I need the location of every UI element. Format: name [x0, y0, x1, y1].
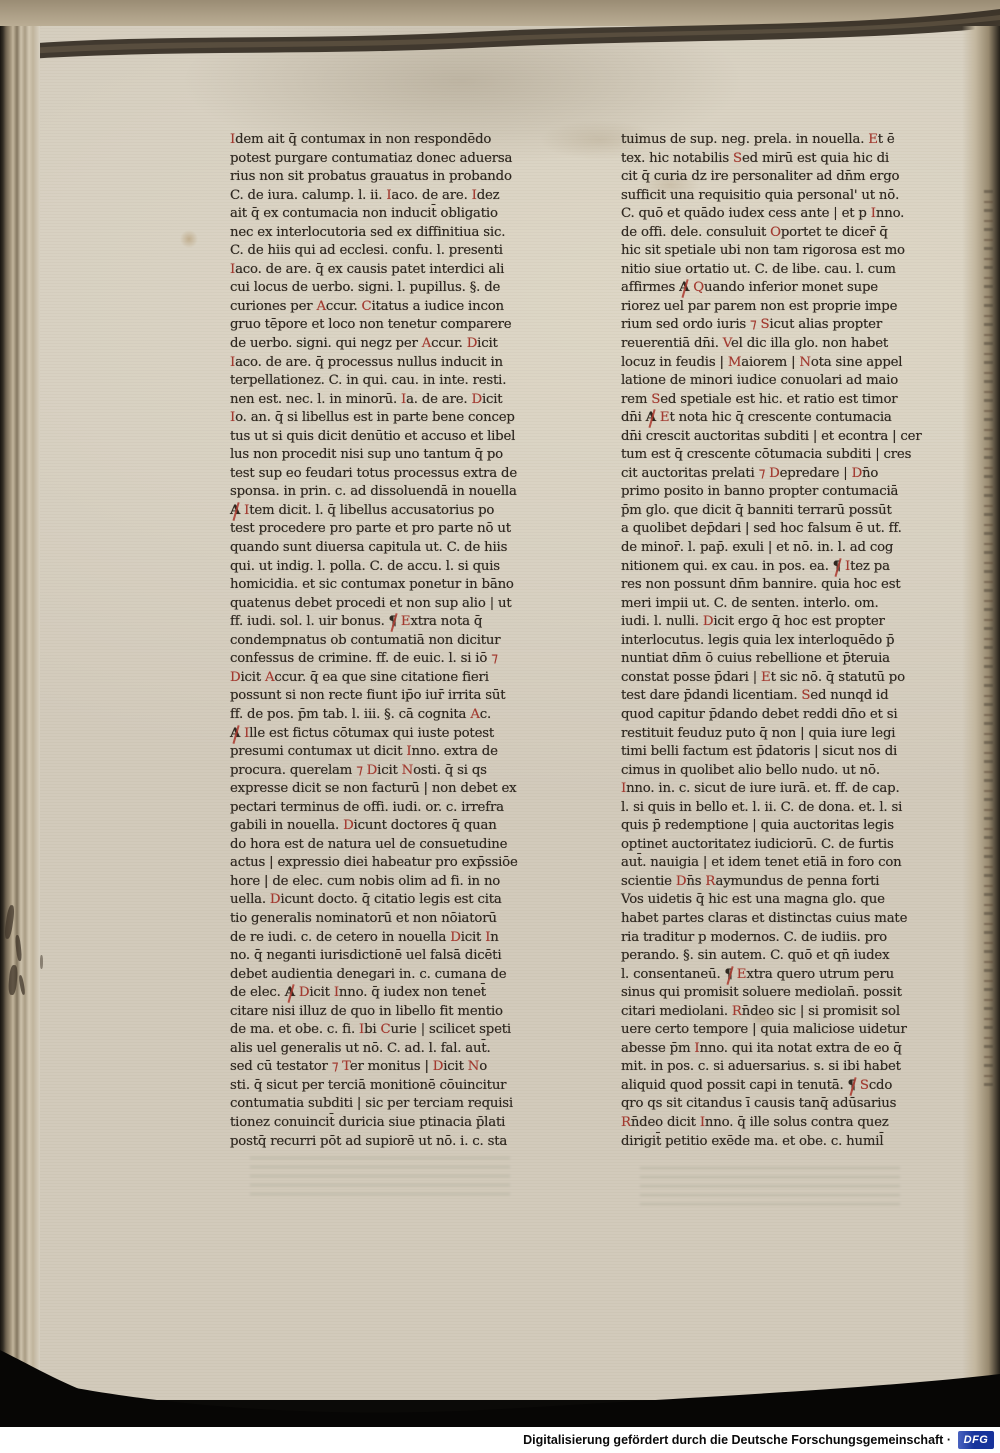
text-line: Inno. in. c. sicut de iure iurā. et. ff.…	[621, 780, 919, 799]
text-line: confessus de crimine. ff. de euic. l. si…	[230, 650, 528, 669]
text-line: Io. an. q̄ si libellus est in parte bene…	[230, 409, 528, 428]
rubricated-letter: ⁊	[356, 763, 362, 778]
text-line: C. de iura. calump. l. ii. Iaco. de are.…	[230, 187, 528, 206]
text-line: tex. hic notabilis Sed mirū est quia hic…	[621, 150, 919, 169]
text-segment: icit	[309, 985, 334, 1000]
text-segment: dez	[477, 188, 500, 203]
text-line: dn̄i crescit auctoritas subditi | et eco…	[621, 428, 919, 447]
text-line: de ma. et obe. c. fi. Ibi Curie | scilic…	[230, 1021, 528, 1040]
text-line: rius non sit probatus grauatus in proban…	[230, 168, 528, 187]
text-segment: perando. §. sin autem. C. quō et qn̄ iud…	[621, 948, 889, 963]
text-segment: quod capitur p̄dando debet reddi dn̄o et…	[621, 707, 897, 722]
text-segment: test dare p̄dandi licentiam.	[621, 688, 801, 703]
text-segment: n̄s	[686, 874, 705, 889]
rubricated-letter: R	[621, 1115, 631, 1130]
text-segment: el dic illa glo. non habet	[731, 336, 888, 351]
text-segment: sponsa. in prin. c. ad dissoluendā in no…	[230, 484, 517, 499]
rubricated-letter: D	[367, 763, 377, 778]
text-line: possunt si non recte fiunt ip̄o iur̄ irr…	[230, 687, 528, 706]
bottom-shadow	[0, 1330, 1000, 1427]
text-segment: nno. q̄ ille solus contra quez	[705, 1115, 889, 1130]
text-segment: procura. querelam	[230, 763, 356, 778]
text-segment: de re iudi. c. de cetero in nouella	[230, 930, 450, 945]
text-segment: qui. ut indig. l. polla. C. de accu. l. …	[230, 559, 500, 574]
text-segment: t sic nō. q̄ statutū po	[771, 670, 905, 685]
text-line: habet partes claras et distinctas cuius …	[621, 910, 919, 929]
text-line: test procedere pro parte et pro parte nō…	[230, 520, 528, 539]
text-line: constat posse p̄dari | Et sic nō. q̄ sta…	[621, 669, 919, 688]
text-line: tio generalis nominatorū et non nōiatorū	[230, 910, 528, 929]
rubricated-letter: R	[732, 1004, 742, 1019]
text-segment: contumatia subditi | sic per terciam req…	[230, 1096, 513, 1111]
text-segment: ria traditur p modernos. C. de iudiis. p…	[621, 930, 887, 945]
text-line: restituit feuduz puto q̄ non | quia iure…	[621, 725, 919, 744]
text-segment: o	[479, 1059, 487, 1074]
text-segment: riorez uel par parem non est proprie imp…	[621, 299, 897, 314]
text-segment: a quolibet dep̄dari | sed hoc falsum ē u…	[621, 521, 902, 536]
text-segment: postq̄ recurri pōt ad supiorē ut nō. i. …	[230, 1134, 507, 1149]
dfg-banner: Digitalisierung gefördert durch die Deut…	[0, 1427, 1000, 1453]
rubricated-letter: D	[343, 818, 353, 833]
text-line: Iaco. de are. q̄ ex causis patet interdi…	[230, 261, 528, 280]
text-line: riorez uel par parem non est proprie imp…	[621, 298, 919, 317]
text-line: sinus qui promisit soluere mediolan̄. po…	[621, 984, 919, 1003]
text-segment: de minor̄. l. pap̄. exuli | et nō. in. l…	[621, 540, 893, 555]
text-segment: uella.	[230, 892, 270, 907]
text-line: lus non procedit nisi sup uno tantum q̄ …	[230, 446, 528, 465]
text-segment: nno. q̄ iudex non tenet̄	[339, 985, 486, 1000]
text-segment: ccur.	[431, 336, 467, 351]
text-segment: ccur.	[326, 299, 362, 314]
text-segment: icunt doctores q̄ quan	[354, 818, 497, 833]
text-segment: sed cū testator	[230, 1059, 332, 1074]
text-segment: aiorem |	[741, 355, 799, 370]
text-segment: presumi contumax ut dicit	[230, 744, 406, 759]
text-line: presumi contumax ut dicit Inno. extra de	[230, 743, 528, 762]
text-segment: nno. qui ita notat extra de eo q̄	[699, 1041, 901, 1056]
text-line: quatenus debet procedi et non sup alio |…	[230, 595, 528, 614]
dfg-logo-text: DFG	[964, 1434, 989, 1446]
right-page-edge	[962, 26, 1000, 1400]
text-segment: uando inferior monet supe	[704, 280, 878, 295]
text-segment: possunt si non recte fiunt ip̄o iur̄ irr…	[230, 688, 505, 703]
text-segment: de offi. dele. consuluit	[621, 225, 770, 240]
text-line: terpellationez. C. in qui. cau. in inte.…	[230, 372, 528, 391]
text-line: quod capitur p̄dando debet reddi dn̄o et…	[621, 706, 919, 725]
text-segment: homicidia. et sic contumax ponetur in bā…	[230, 577, 514, 592]
text-line: tionez conuincit̄ duricia siue ptinacia …	[230, 1114, 528, 1133]
text-line: de re iudi. c. de cetero in nouella Dici…	[230, 929, 528, 948]
rubricated-letter: A	[316, 299, 325, 314]
text-line: potest purgare contumatiaz donec aduersa	[230, 150, 528, 169]
text-segment: ff. iudi. sol. l. uir bonus.	[230, 614, 389, 629]
text-line: ff. de pos. p̄m tab. l. iii. §. cā cogni…	[230, 706, 528, 725]
text-segment: n̄deo dicit	[631, 1115, 700, 1130]
text-segment: itatus a iudice incon	[371, 299, 503, 314]
text-line: dirigit̄ petitio exēde ma. et obe. c. hu…	[621, 1133, 919, 1152]
rubricated-letter: D	[703, 614, 713, 629]
text-segment: xtra quero utrum peru	[746, 967, 894, 982]
text-segment: nno.	[876, 206, 904, 221]
next-leaf-show-through	[984, 186, 993, 1086]
text-segment: res non possunt dn̄m bannire. quia hoc e…	[621, 577, 900, 592]
text-segment: rem	[621, 392, 651, 407]
text-segment: nitio siue ortatio ut. C. de libe. cau. …	[621, 262, 896, 277]
text-segment: ed mirū est quia hic di	[742, 151, 889, 166]
text-line: de minor̄. l. pap̄. exuli | et nō. in. l…	[621, 539, 919, 558]
text-line: C. de hiis qui ad ecclesi. confu. l. pre…	[230, 242, 528, 261]
text-segment: gruo tēpore et loco non tenetur comparer…	[230, 317, 511, 332]
text-line: nuntiat dn̄m ō cuius rebellione et p̄ter…	[621, 650, 919, 669]
text-line: Dicit Accur. q̄ ea que sine citatione fi…	[230, 669, 528, 688]
text-segment: rius non sit probatus grauatus in proban…	[230, 169, 512, 184]
text-segment: nuntiat dn̄m ō cuius rebellione et p̄ter…	[621, 651, 890, 666]
text-segment: cit auctoritas prelati	[621, 466, 759, 481]
text-line: actus | expressio diei habeatur pro exp̄…	[230, 854, 528, 873]
text-segment: bi	[364, 1022, 380, 1037]
text-segment: aco. de are. q̄ ex causis patet interdic…	[235, 262, 504, 277]
red-slashed-capital: A	[646, 409, 656, 428]
text-segment: os uidetis q̄ hic est una magna glo. que	[629, 892, 885, 907]
text-segment: affirmes	[621, 280, 679, 295]
text-line: aut̄. nauigia | et idem tenet etiā in fo…	[621, 854, 919, 873]
text-segment: icit	[461, 930, 486, 945]
text-segment: ota sine appel	[811, 355, 903, 370]
text-line: cimus in quolibet alio bello nudo. ut nō…	[621, 762, 919, 781]
text-segment: de elec.	[230, 985, 285, 1000]
text-line: p̄m glo. que dicit q̄ banniti terrarū po…	[621, 502, 919, 521]
text-segment: urie | scilicet speti	[390, 1022, 511, 1037]
text-line: A Item dicit. l. q̄ libellus accusatoriu…	[230, 502, 528, 521]
text-segment: dn̄i crescit auctoritas subditi | et eco…	[621, 429, 922, 444]
text-segment: cit q̄ curia dz ire personaliter ad dn̄m…	[621, 169, 899, 184]
text-line: do hora est de natura uel de consuetudin…	[230, 836, 528, 855]
text-segment: C. quō et quādo iudex cess ante | et p	[621, 206, 871, 221]
text-line: perando. §. sin autem. C. quō et qn̄ iud…	[621, 947, 919, 966]
rubricated-letter: D	[467, 336, 477, 351]
text-segment: tex. hic notabilis	[621, 151, 733, 166]
text-segment: icit ergo q̄ hoc est propter	[713, 614, 884, 629]
rubricated-letter: E	[660, 410, 670, 425]
text-segment: tio generalis nominatorū et non nōiatorū	[230, 911, 497, 926]
text-segment: sti. q̄ sicut per terciā monitionē cōuin…	[230, 1078, 506, 1093]
text-segment: er monitus |	[350, 1059, 433, 1074]
text-line: postq̄ recurri pōt ad supiorē ut nō. i. …	[230, 1133, 528, 1152]
text-line: Vos uidetis q̄ hic est una magna glo. qu…	[621, 891, 919, 910]
text-segment: uere certo tempore | quia maliciose uide…	[621, 1022, 907, 1037]
text-line: quando sunt diuersa capitula ut. C. de h…	[230, 539, 528, 558]
text-segment: tum est q̄ crescente cōtumacia subditi |…	[621, 447, 911, 462]
text-segment: lle est fictus cōtumax qui iuste potest	[249, 726, 494, 741]
text-line: pectari terminus de offi. iudi. or. c. i…	[230, 799, 528, 818]
text-segment: mit. in pos. c. si aduersarius. s. si ib…	[621, 1059, 901, 1074]
dfg-logo: DFG	[958, 1431, 994, 1449]
rubricated-letter: E	[737, 967, 747, 982]
rubricated-letter: N	[402, 763, 413, 778]
text-line: hore | de elec. cum nobis olim ad fi. in…	[230, 873, 528, 892]
text-segment: quis p̄ redemptione | quia auctoritas le…	[621, 818, 894, 833]
rubricated-letter: D	[676, 874, 686, 889]
text-segment: expresse dicit se non facturū | non debe…	[230, 781, 516, 796]
text-line: Rn̄deo dicit Inno. q̄ ille solus contra …	[621, 1114, 919, 1133]
text-segment: icit	[477, 336, 498, 351]
text-segment: lus non procedit nisi sup uno tantum q̄ …	[230, 447, 503, 462]
text-segment: scientie	[621, 874, 676, 889]
text-segment: test procedere pro parte et pro parte nō…	[230, 521, 511, 536]
text-segment: epredare |	[780, 466, 852, 481]
text-segment: potest purgare contumatiaz donec aduersa	[230, 151, 512, 166]
red-slashed-capital: ¶	[725, 966, 733, 985]
text-segment: t ē	[878, 132, 895, 147]
rubricated-letter: C	[380, 1022, 390, 1037]
text-line: contumatia subditi | sic per terciam req…	[230, 1095, 528, 1114]
text-line: qro qs sit citandus ī causis tanq̄ adūsa…	[621, 1095, 919, 1114]
text-line: no. q̄ neganti iurisdictionē uel falsā d…	[230, 947, 528, 966]
text-line: test sup eo feudari totus processus extr…	[230, 465, 528, 484]
text-segment: xtra nota q̄	[410, 614, 482, 629]
text-line: citare nisi illuz de quo in libello fit …	[230, 1003, 528, 1022]
text-line: A Ille est fictus cōtumax qui iuste pote…	[230, 725, 528, 744]
rubricated-letter: A	[470, 707, 479, 722]
text-segment: restituit feuduz puto q̄ non | quia iure…	[621, 726, 895, 741]
red-slashed-capital: ¶	[833, 558, 841, 577]
text-segment: nitionem qui. ex cau. in pos. ea.	[621, 559, 833, 574]
rubricated-letter: O	[770, 225, 781, 240]
rubricated-letter: Q	[693, 280, 704, 295]
text-segment: cdo	[869, 1078, 892, 1093]
text-segment: citare nisi illuz de quo in libello fit …	[230, 1004, 503, 1019]
text-segment: aut̄. nauigia | et idem tenet etiā in fo…	[621, 855, 902, 870]
rubricated-letter: D	[230, 670, 240, 685]
text-segment: qro qs sit citandus ī causis tanq̄ adūsa…	[621, 1096, 896, 1111]
text-line: optinet auctoritatez iudiciorū. C. de fu…	[621, 836, 919, 855]
rubricated-letter: S	[860, 1078, 869, 1093]
text-segment: de ma. et obe. c. fi.	[230, 1022, 359, 1037]
text-segment: osti. q̄ si qs	[413, 763, 487, 778]
text-line: tuimus de sup. neg. prela. in nouella. E…	[621, 131, 919, 150]
text-segment: curiones per	[230, 299, 316, 314]
text-line: de offi. dele. consuluit Oportet te dice…	[621, 224, 919, 243]
text-segment: meri impii ut. C. de senten. interlo. om…	[621, 596, 879, 611]
text-line: locuz in feudis | Maiorem | Nota sine ap…	[621, 354, 919, 373]
text-line: gruo tēpore et loco non tenetur comparer…	[230, 316, 528, 335]
show-through-smudge	[640, 1160, 900, 1205]
text-line: sti. q̄ sicut per terciā monitionē cōuin…	[230, 1077, 528, 1096]
text-line: affirmes A Quando inferior monet supe	[621, 279, 919, 298]
text-column-right: tuimus de sup. neg. prela. in nouella. E…	[621, 131, 919, 1151]
text-line: iudi. l. nulli. Dicit ergo q̄ hoc est pr…	[621, 613, 919, 632]
text-line: l. si quis in bello et. l. ii. C. de don…	[621, 799, 919, 818]
text-segment: icit	[482, 392, 503, 407]
text-segment: quando sunt diuersa capitula ut. C. de h…	[230, 540, 507, 555]
text-line: Iaco. de are. q̄ processus nullus induci…	[230, 354, 528, 373]
text-segment: latione de minori iudice conuolari ad ma…	[621, 373, 898, 388]
text-segment: c.	[480, 707, 491, 722]
rubricated-letter: D	[450, 930, 460, 945]
text-segment: aliquid quod possit capi in tenutā.	[621, 1078, 848, 1093]
text-line: rium sed ordo iuris ⁊ Sicut alias propte…	[621, 316, 919, 335]
text-segment: gabili in nouella.	[230, 818, 343, 833]
text-segment: C. de hiis qui ad ecclesi. confu. l. pre…	[230, 243, 503, 258]
text-line: citari mediolani. Rn̄deo sic | si promis…	[621, 1003, 919, 1022]
text-segment: actus | expressio diei habeatur pro exp̄…	[230, 855, 518, 870]
text-segment: reuerentiā dn̄i.	[621, 336, 723, 351]
text-segment: ait q̄ ex contumacia non inducit̄ obliga…	[230, 206, 498, 221]
rubricated-letter: A	[422, 336, 431, 351]
text-segment: p̄m glo. que dicit q̄ banniti terrarū po…	[621, 503, 892, 518]
rubricated-letter: S	[733, 151, 742, 166]
text-segment: nno. extra de	[411, 744, 497, 759]
text-line: curiones per Accur. Citatus a iudice inc…	[230, 298, 528, 317]
text-line: Idem ait q̄ contumax in non respondēdo	[230, 131, 528, 150]
text-segment: dirigit̄ petitio exēde ma. et obe. c. hu…	[621, 1134, 883, 1149]
text-segment: confessus de crimine. ff. de euic. l. si…	[230, 651, 491, 666]
text-segment: tem dicit. l. q̄ libellus accusatorius p…	[249, 503, 494, 518]
rubricated-letter: E	[868, 132, 878, 147]
red-slashed-capital: A	[230, 725, 240, 744]
text-line: quis p̄ redemptione | quia auctoritas le…	[621, 817, 919, 836]
text-line: cit auctoritas prelati ⁊ Depredare | Dn̄…	[621, 465, 919, 484]
text-segment: nec ex interlocutoria sed ex diffinitiua…	[230, 225, 505, 240]
rubricated-letter: C	[362, 299, 372, 314]
text-segment: ccur. q̄ ea que sine citatione fieri	[274, 670, 488, 685]
text-segment: V	[621, 892, 629, 907]
text-line: sufficit una requisitio quia personal' u…	[621, 187, 919, 206]
text-segment: sinus qui promisit soluere mediolan̄. po…	[621, 985, 902, 1000]
rubricated-letter: D	[852, 466, 862, 481]
rubricated-letter: D	[299, 985, 309, 1000]
text-line: res non possunt dn̄m bannire. quia hoc e…	[621, 576, 919, 595]
rubricated-letter: D	[270, 892, 280, 907]
rubricated-letter: M	[728, 355, 741, 370]
text-segment: pectari terminus de offi. iudi. or. c. i…	[230, 800, 504, 815]
text-line: mit. in pos. c. si aduersarius. s. si ib…	[621, 1058, 919, 1077]
text-line: cui locus de uerbo. signi. l. pupillus. …	[230, 279, 528, 298]
text-line: latione de minori iudice conuolari ad ma…	[621, 372, 919, 391]
rubricated-letter: S	[801, 688, 810, 703]
text-segment: l. consentaneū.	[621, 967, 725, 982]
text-segment: hore | de elec. cum nobis olim ad fi. in…	[230, 874, 500, 889]
text-line: homicidia. et sic contumax ponetur in bā…	[230, 576, 528, 595]
text-segment: icunt docto. q̄ citatio legis est cita	[280, 892, 501, 907]
text-line: nen est. nec. l. in minorū. Ia. de are. …	[230, 391, 528, 410]
rubricated-letter: E	[761, 670, 771, 685]
text-line: de uerbo. signi. qui negz per Accur. Dic…	[230, 335, 528, 354]
text-segment: tionez conuincit̄ duricia siue ptinacia …	[230, 1115, 505, 1130]
top-edge-ribbon	[0, 0, 1000, 70]
text-line: meri impii ut. C. de senten. interlo. om…	[621, 595, 919, 614]
text-segment: citari mediolani.	[621, 1004, 732, 1019]
text-segment: aco. de are. q̄ processus nullus inducit…	[235, 355, 503, 370]
text-segment: aymundus de penna forti	[715, 874, 879, 889]
text-line: C. quō et quādo iudex cess ante | et p I…	[621, 205, 919, 224]
text-line: debet audientia denegari in. c. cumana d…	[230, 966, 528, 985]
text-line: ria traditur p modernos. C. de iudiis. p…	[621, 929, 919, 948]
text-line: dn̄i A Et nota hic q̄ crescente contumac…	[621, 409, 919, 428]
text-segment: no. q̄ neganti iurisdictionē uel falsā d…	[230, 948, 501, 963]
text-segment: ed nunqd id	[810, 688, 888, 703]
rubricated-letter: D	[769, 466, 779, 481]
text-segment: t nota hic q̄ crescente contumacia	[669, 410, 891, 425]
text-line: cit q̄ curia dz ire personaliter ad dn̄m…	[621, 168, 919, 187]
show-through-smudge	[250, 1155, 510, 1195]
text-column-left: Idem ait q̄ contumax in non respondēdopo…	[230, 131, 528, 1151]
text-line: condempnatus ob contumatiā non dicitur	[230, 632, 528, 651]
text-segment: tez pa	[850, 559, 890, 574]
text-line: nec ex interlocutoria sed ex diffinitiua…	[230, 224, 528, 243]
text-segment: cui locus de uerbo. signi. l. pupillus. …	[230, 280, 500, 295]
text-segment: C. de iura. calump. l. ii.	[230, 188, 386, 203]
red-slashed-capital: A	[230, 502, 240, 521]
text-segment: terpellationez. C. in qui. cau. in inte.…	[230, 373, 506, 388]
text-segment: test sup eo feudari totus processus extr…	[230, 466, 517, 481]
rubricated-letter: S	[651, 392, 660, 407]
text-line: qui. ut indig. l. polla. C. de accu. l. …	[230, 558, 528, 577]
red-slashed-capital: A	[679, 279, 689, 298]
text-segment: o. an. q̄ si libellus est in parte bene …	[235, 410, 515, 425]
text-line: hic sit spetiale ubi non tam rigorosa es…	[621, 242, 919, 261]
text-segment: tus ut si quis dicit denūtio et accuso e…	[230, 429, 515, 444]
rubricated-letter: N	[468, 1059, 479, 1074]
red-slashed-capital: A	[285, 984, 295, 1003]
text-segment: quatenus debet procedi et non sup alio |…	[230, 596, 512, 611]
text-segment: iudi. l. nulli.	[621, 614, 703, 629]
rubricated-letter: D	[433, 1059, 443, 1074]
left-page-edges	[0, 26, 40, 1386]
text-line: aliquid quod possit capi in tenutā. ¶ Sc…	[621, 1077, 919, 1096]
text-segment: rium sed ordo iuris	[621, 317, 750, 332]
text-segment: dem ait q̄ contumax in non respondēdo	[235, 132, 491, 147]
text-segment: alis uel generalis ut nō. C. ad. l. fal.…	[230, 1041, 491, 1056]
text-line: alis uel generalis ut nō. C. ad. l. fal.…	[230, 1040, 528, 1059]
text-segment: locuz in feudis |	[621, 355, 728, 370]
text-segment: n̄deo sic | si promisit sol	[742, 1004, 900, 1019]
text-segment: n̄o	[862, 466, 878, 481]
text-segment: timi belli factum est p̄datoris | sicut …	[621, 744, 897, 759]
text-segment: cimus in quolibet alio bello nudo. ut nō…	[621, 763, 880, 778]
text-segment: l. si quis in bello et. l. ii. C. de don…	[621, 800, 902, 815]
text-segment: nno. in. c. sicut de iure iurā. et. ff. …	[626, 781, 899, 796]
text-segment: debet audientia denegari in. c. cumana d…	[230, 967, 506, 982]
red-slashed-capital: ¶	[848, 1077, 856, 1096]
text-line: procura. querelam ⁊ Dicit Nosti. q̄ si q…	[230, 762, 528, 781]
text-segment: icut alias propter	[769, 317, 882, 332]
text-segment: abesse p̄m	[621, 1041, 694, 1056]
text-line: reuerentiā dn̄i. Vel dic illa glo. non h…	[621, 335, 919, 354]
text-segment: condempnatus ob contumatiā non dicitur	[230, 633, 500, 648]
text-segment: hic sit spetiale ubi non tam rigorosa es…	[621, 243, 905, 258]
text-segment: aco. de are.	[391, 188, 471, 203]
text-line: scientie Dn̄s Raymundus de penna forti	[621, 873, 919, 892]
text-line: uere certo tempore | quia maliciose uide…	[621, 1021, 919, 1040]
text-line: l. consentaneū. ¶ Extra quero utrum peru	[621, 966, 919, 985]
text-line: ff. iudi. sol. l. uir bonus. ¶ Extra not…	[230, 613, 528, 632]
text-line: sponsa. in prin. c. ad dissoluendā in no…	[230, 483, 528, 502]
text-line: tus ut si quis dicit denūtio et accuso e…	[230, 428, 528, 447]
text-segment: dn̄i	[621, 410, 646, 425]
text-line: expresse dicit se non facturū | non debe…	[230, 780, 528, 799]
text-line: nitio siue ortatio ut. C. de libe. cau. …	[621, 261, 919, 280]
text-segment: optinet auctoritatez iudiciorū. C. de fu…	[621, 837, 894, 852]
text-line: interlocutus. legis quia lex interloquēd…	[621, 632, 919, 651]
red-slashed-capital: ¶	[389, 613, 397, 632]
text-line: rem Sed spetiale est hic. et ratio est t…	[621, 391, 919, 410]
book-scan: Idem ait q̄ contumax in non respondēdopo…	[0, 0, 1000, 1453]
text-segment: icit	[443, 1059, 468, 1074]
rubricated-letter: T	[342, 1059, 350, 1074]
text-segment: sufficit una requisitio quia personal' u…	[621, 188, 899, 203]
text-line: nitionem qui. ex cau. in pos. ea. ¶ Itez…	[621, 558, 919, 577]
